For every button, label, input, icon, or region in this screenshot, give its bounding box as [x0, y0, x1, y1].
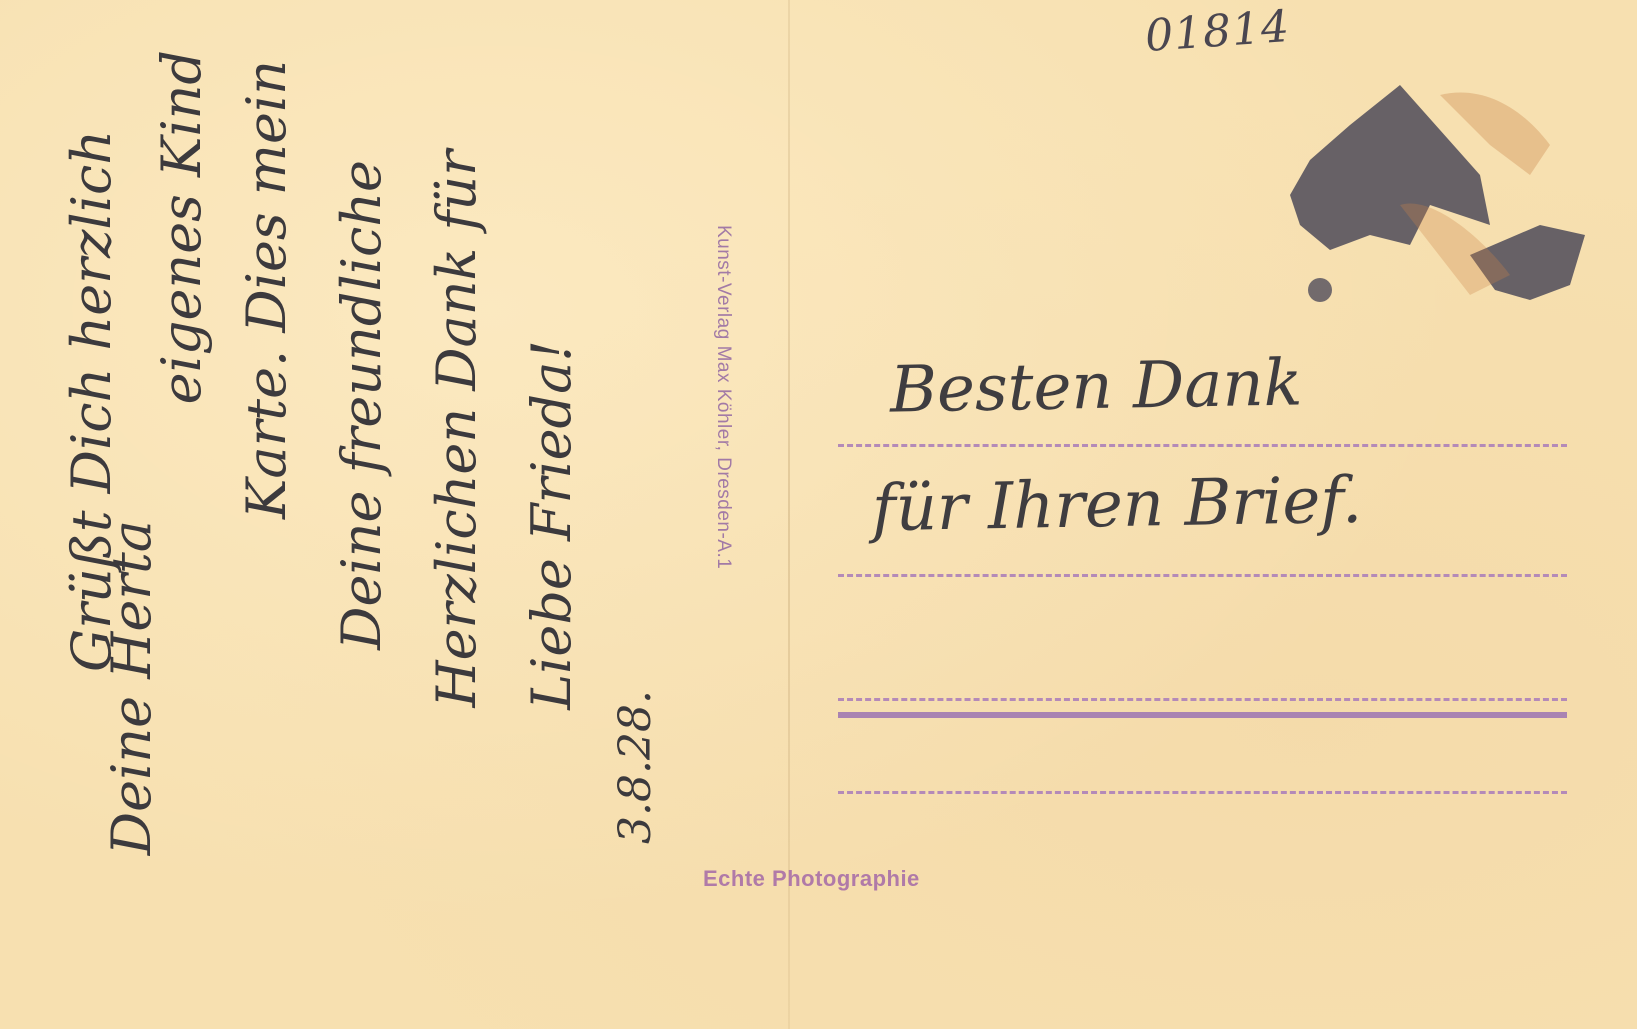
publisher-imprint: Kunst-Verlag Max Köhler, Dresden-A.1 [712, 225, 734, 569]
address-rule [838, 574, 1567, 577]
message-line: Herzlichen Dank für [425, 150, 488, 708]
address-rule [838, 444, 1567, 447]
message-line: Liebe Frieda! [520, 340, 583, 710]
message-signature: Deine Herta [100, 520, 163, 855]
handwritten-message: 3.8.28. Liebe Frieda! Herzlichen Dank fü… [40, 50, 680, 1010]
address-rule-solid [838, 712, 1567, 718]
stamp-residue-icon [1290, 85, 1590, 325]
archive-number: 01814 [1143, 1, 1291, 62]
message-date: 3.8.28. [610, 690, 661, 844]
message-line: Deine freundliche [330, 160, 393, 650]
photo-note: Echte Photographie [703, 866, 920, 892]
message-line: eigenes Kind [150, 50, 213, 404]
postcard-back: 01814 Kunst-Verlag Max Köhler, Dresden-A… [0, 0, 1637, 1029]
address-line: für Ihren Brief. [871, 464, 1362, 547]
address-rule [838, 698, 1567, 701]
address-rule [838, 791, 1567, 794]
address-line: Besten Dank [889, 346, 1303, 427]
message-line: Karte. Dies mein [235, 60, 298, 519]
